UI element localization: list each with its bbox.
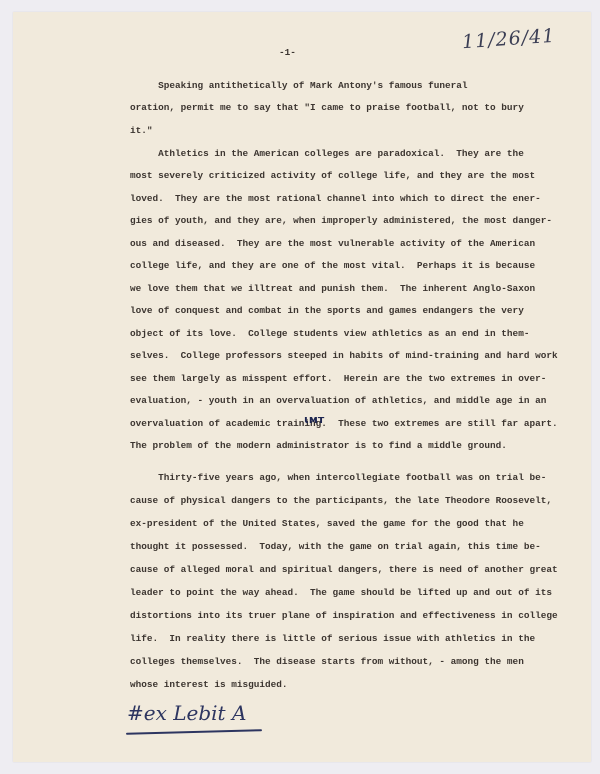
text-line: cause of physical dangers to the partici…	[130, 496, 552, 505]
text-line: it."	[130, 126, 153, 135]
text-line: evaluation, - youth in an overvaluation …	[130, 396, 546, 405]
text-line: most severely criticized activity of col…	[130, 171, 535, 180]
text-line: distortions into its truer plane of insp…	[130, 611, 558, 620]
text-line: Speaking antithetically of Mark Antony's…	[130, 81, 468, 90]
text-line: loved. They are the most rational channe…	[130, 194, 541, 203]
text-line: whose interest is misguided.	[130, 680, 288, 689]
handwritten-correction-mark: ɩᴍᴛ	[304, 413, 324, 426]
text-line: colleges themselves. The disease starts …	[130, 657, 524, 666]
text-line: oration, permit me to say that "I came t…	[130, 103, 524, 112]
text-line: selves. College professors steeped in ha…	[130, 351, 558, 360]
text-line: overvaluation of academic training. Thes…	[130, 419, 558, 428]
text-line: see them largely as misspent effort. Her…	[130, 374, 546, 383]
text-line: Athletics in the American colleges are p…	[130, 149, 524, 158]
text-line: cause of alleged moral and spiritual dan…	[130, 565, 558, 574]
text-line: gies of youth, and they are, when improp…	[130, 216, 552, 225]
text-line: object of its love. College students vie…	[130, 329, 529, 338]
text-line: life. In reality there is little of seri…	[130, 634, 535, 643]
page-number: -1-	[279, 48, 296, 57]
text-line: we love them that we illtreat and punish…	[130, 284, 535, 293]
handwritten-exhibit-note: #ex Lebit A	[127, 701, 246, 725]
text-line: college life, and they are one of the mo…	[130, 261, 535, 270]
text-line: love of conquest and combat in the sport…	[130, 306, 524, 315]
text-line: ous and diseased. They are the most vuln…	[130, 239, 535, 248]
text-line: The problem of the modern administrator …	[130, 441, 507, 450]
text-line: Thirty-five years ago, when intercollegi…	[130, 473, 546, 482]
text-line: leader to point the way ahead. The game …	[130, 588, 552, 597]
document-page	[13, 12, 591, 762]
text-line: ex-president of the United States, saved…	[130, 519, 524, 528]
text-line: thought it possessed. Today, with the ga…	[130, 542, 541, 551]
